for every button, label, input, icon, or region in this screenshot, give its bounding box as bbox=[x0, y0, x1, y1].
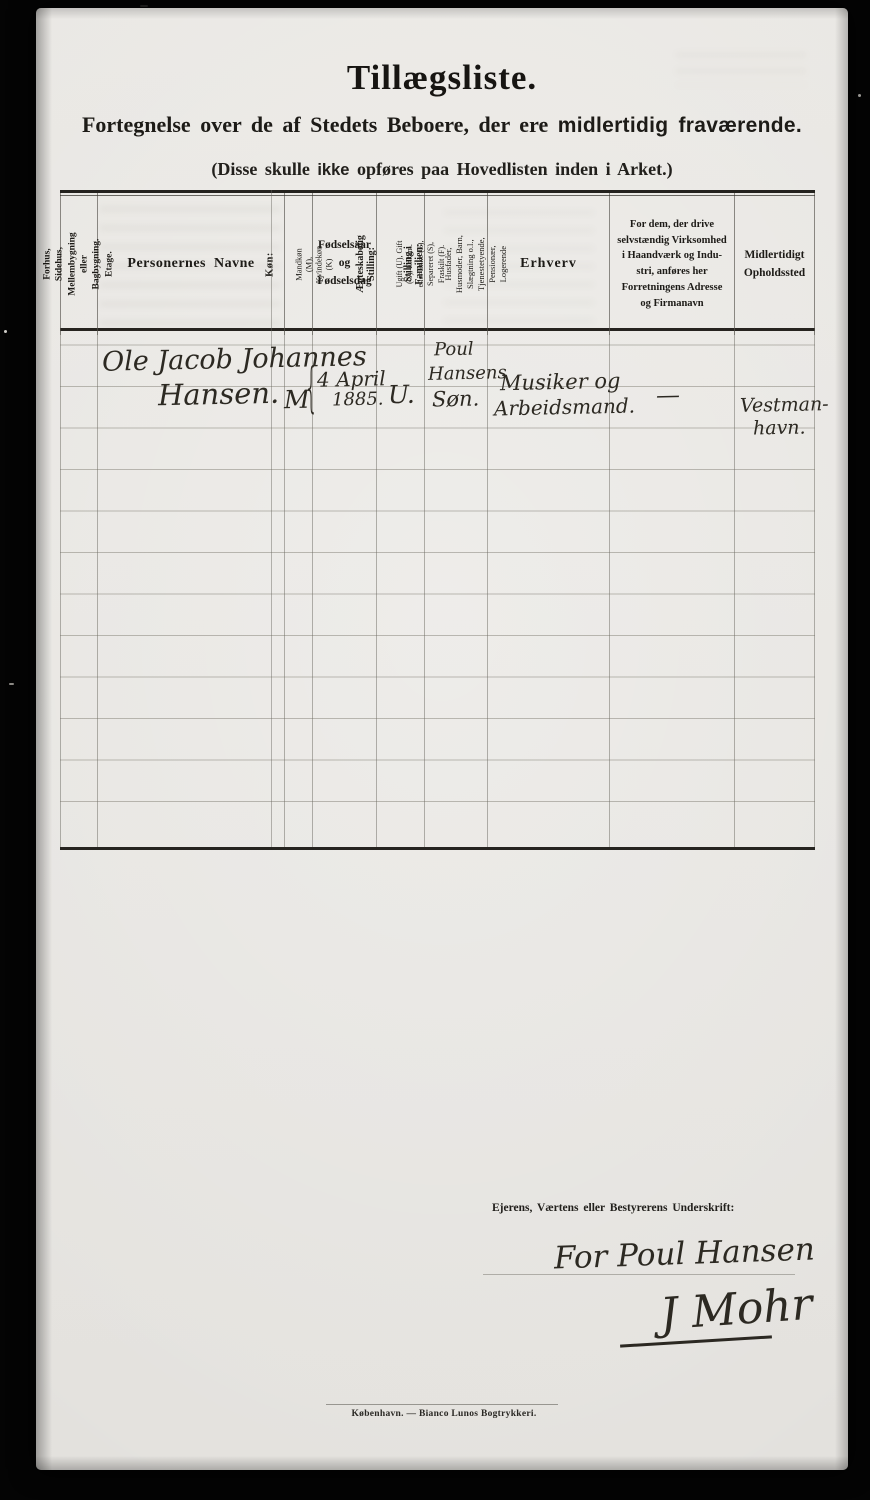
entry-business-dash: — bbox=[656, 381, 687, 410]
entry-whereabouts-line2: havn. bbox=[753, 416, 806, 439]
note-emphasis: ikke bbox=[317, 161, 349, 179]
dust-speck bbox=[4, 330, 7, 333]
entry-family-line2: Hansens bbox=[428, 362, 507, 385]
entry-birth-line2: 1885. bbox=[332, 388, 384, 410]
subtitle-text: Fortegnelse over de af Stedets Beboere, … bbox=[82, 112, 558, 137]
column-header-building-label: Forhus, Sidehus, Mellembygning eller Bag… bbox=[42, 232, 116, 295]
page-subtitle: Fortegnelse over de af Stedets Beboere, … bbox=[36, 112, 848, 138]
page-note: (Disse skulle ikke opføres paa Hovedlist… bbox=[36, 159, 848, 180]
entry-family-line1: Poul bbox=[434, 339, 474, 361]
entry-occupation-line1: Musiker og bbox=[500, 369, 621, 396]
header-family-title: Stilling i Familien: bbox=[403, 233, 425, 295]
entry-family-line3: Søn. bbox=[432, 387, 480, 412]
column-header-name-label: Personernes Navne bbox=[127, 256, 254, 272]
note-text: opføres paa Hovedlisten inden i Arket.) bbox=[349, 159, 672, 179]
census-form-page: Tillægsliste. Fortegnelse over de af Ste… bbox=[36, 8, 848, 1470]
table-header-row: Forhus, Sidehus, Mellembygning eller Bag… bbox=[60, 190, 815, 331]
entry-marital-value: U. bbox=[388, 380, 415, 410]
imprint-rule-line bbox=[326, 1404, 558, 1405]
dust-speck bbox=[9, 683, 14, 685]
scanned-photo-frame: Tillægsliste. Fortegnelse over de af Ste… bbox=[0, 0, 870, 1500]
signature-label: Ejerens, Værtens eller Bestyrerens Under… bbox=[492, 1202, 734, 1214]
printer-imprint: København. — Bianco Lunos Bogtrykkeri. bbox=[328, 1409, 560, 1419]
subtitle-emphasis: midlertidig fraværende. bbox=[558, 114, 802, 137]
header-marital-title: Ægteskabelig Stilling: bbox=[355, 235, 377, 293]
entry-occupation-line2: Arbeidsmand. bbox=[494, 394, 636, 421]
note-text: (Disse skulle bbox=[211, 159, 317, 179]
column-header-sex-label: Køn: Mandkøn (M), Kvindekøn (K) bbox=[246, 245, 351, 283]
body-column-building bbox=[60, 331, 98, 847]
signature-rule-line bbox=[483, 1274, 795, 1275]
dust-speck bbox=[140, 5, 148, 7]
entry-whereabouts-line1: Vestman- bbox=[740, 393, 829, 417]
column-header-occupation-label: Erhverv bbox=[520, 256, 577, 272]
page-title: Tillægsliste. bbox=[36, 58, 848, 98]
column-header-building: Forhus, Sidehus, Mellembygning eller Bag… bbox=[60, 193, 98, 335]
census-table: Forhus, Sidehus, Mellembygning eller Bag… bbox=[60, 190, 815, 850]
column-header-sex: Køn: Mandkøn (M), Kvindekøn (K) bbox=[285, 193, 313, 335]
column-header-business: For dem, der drive selvstændig Virksomhe… bbox=[610, 193, 735, 335]
header-sex-subtitle: Mandkøn (M), Kvindekøn (K) bbox=[293, 245, 333, 283]
header-sex-title: Køn: bbox=[264, 245, 275, 283]
signature-name: J Mohr bbox=[658, 1279, 814, 1341]
column-header-family: Stilling i Familien: Husfader, Husmoder,… bbox=[425, 193, 488, 335]
column-header-family-label: Stilling i Familien: Husfader, Husmoder,… bbox=[385, 233, 527, 295]
table-double-rule-line bbox=[271, 190, 272, 847]
dust-speck bbox=[858, 94, 861, 97]
column-header-whereabouts: Midlertidigt Opholdssted bbox=[735, 193, 815, 335]
entry-name-line2: Hansen. bbox=[158, 376, 280, 413]
signature-for-line: For Poul Hansen bbox=[553, 1231, 815, 1276]
header-family-subtitle: Husfader, Husmoder, Barn, Slægtning o.l.… bbox=[443, 233, 509, 295]
